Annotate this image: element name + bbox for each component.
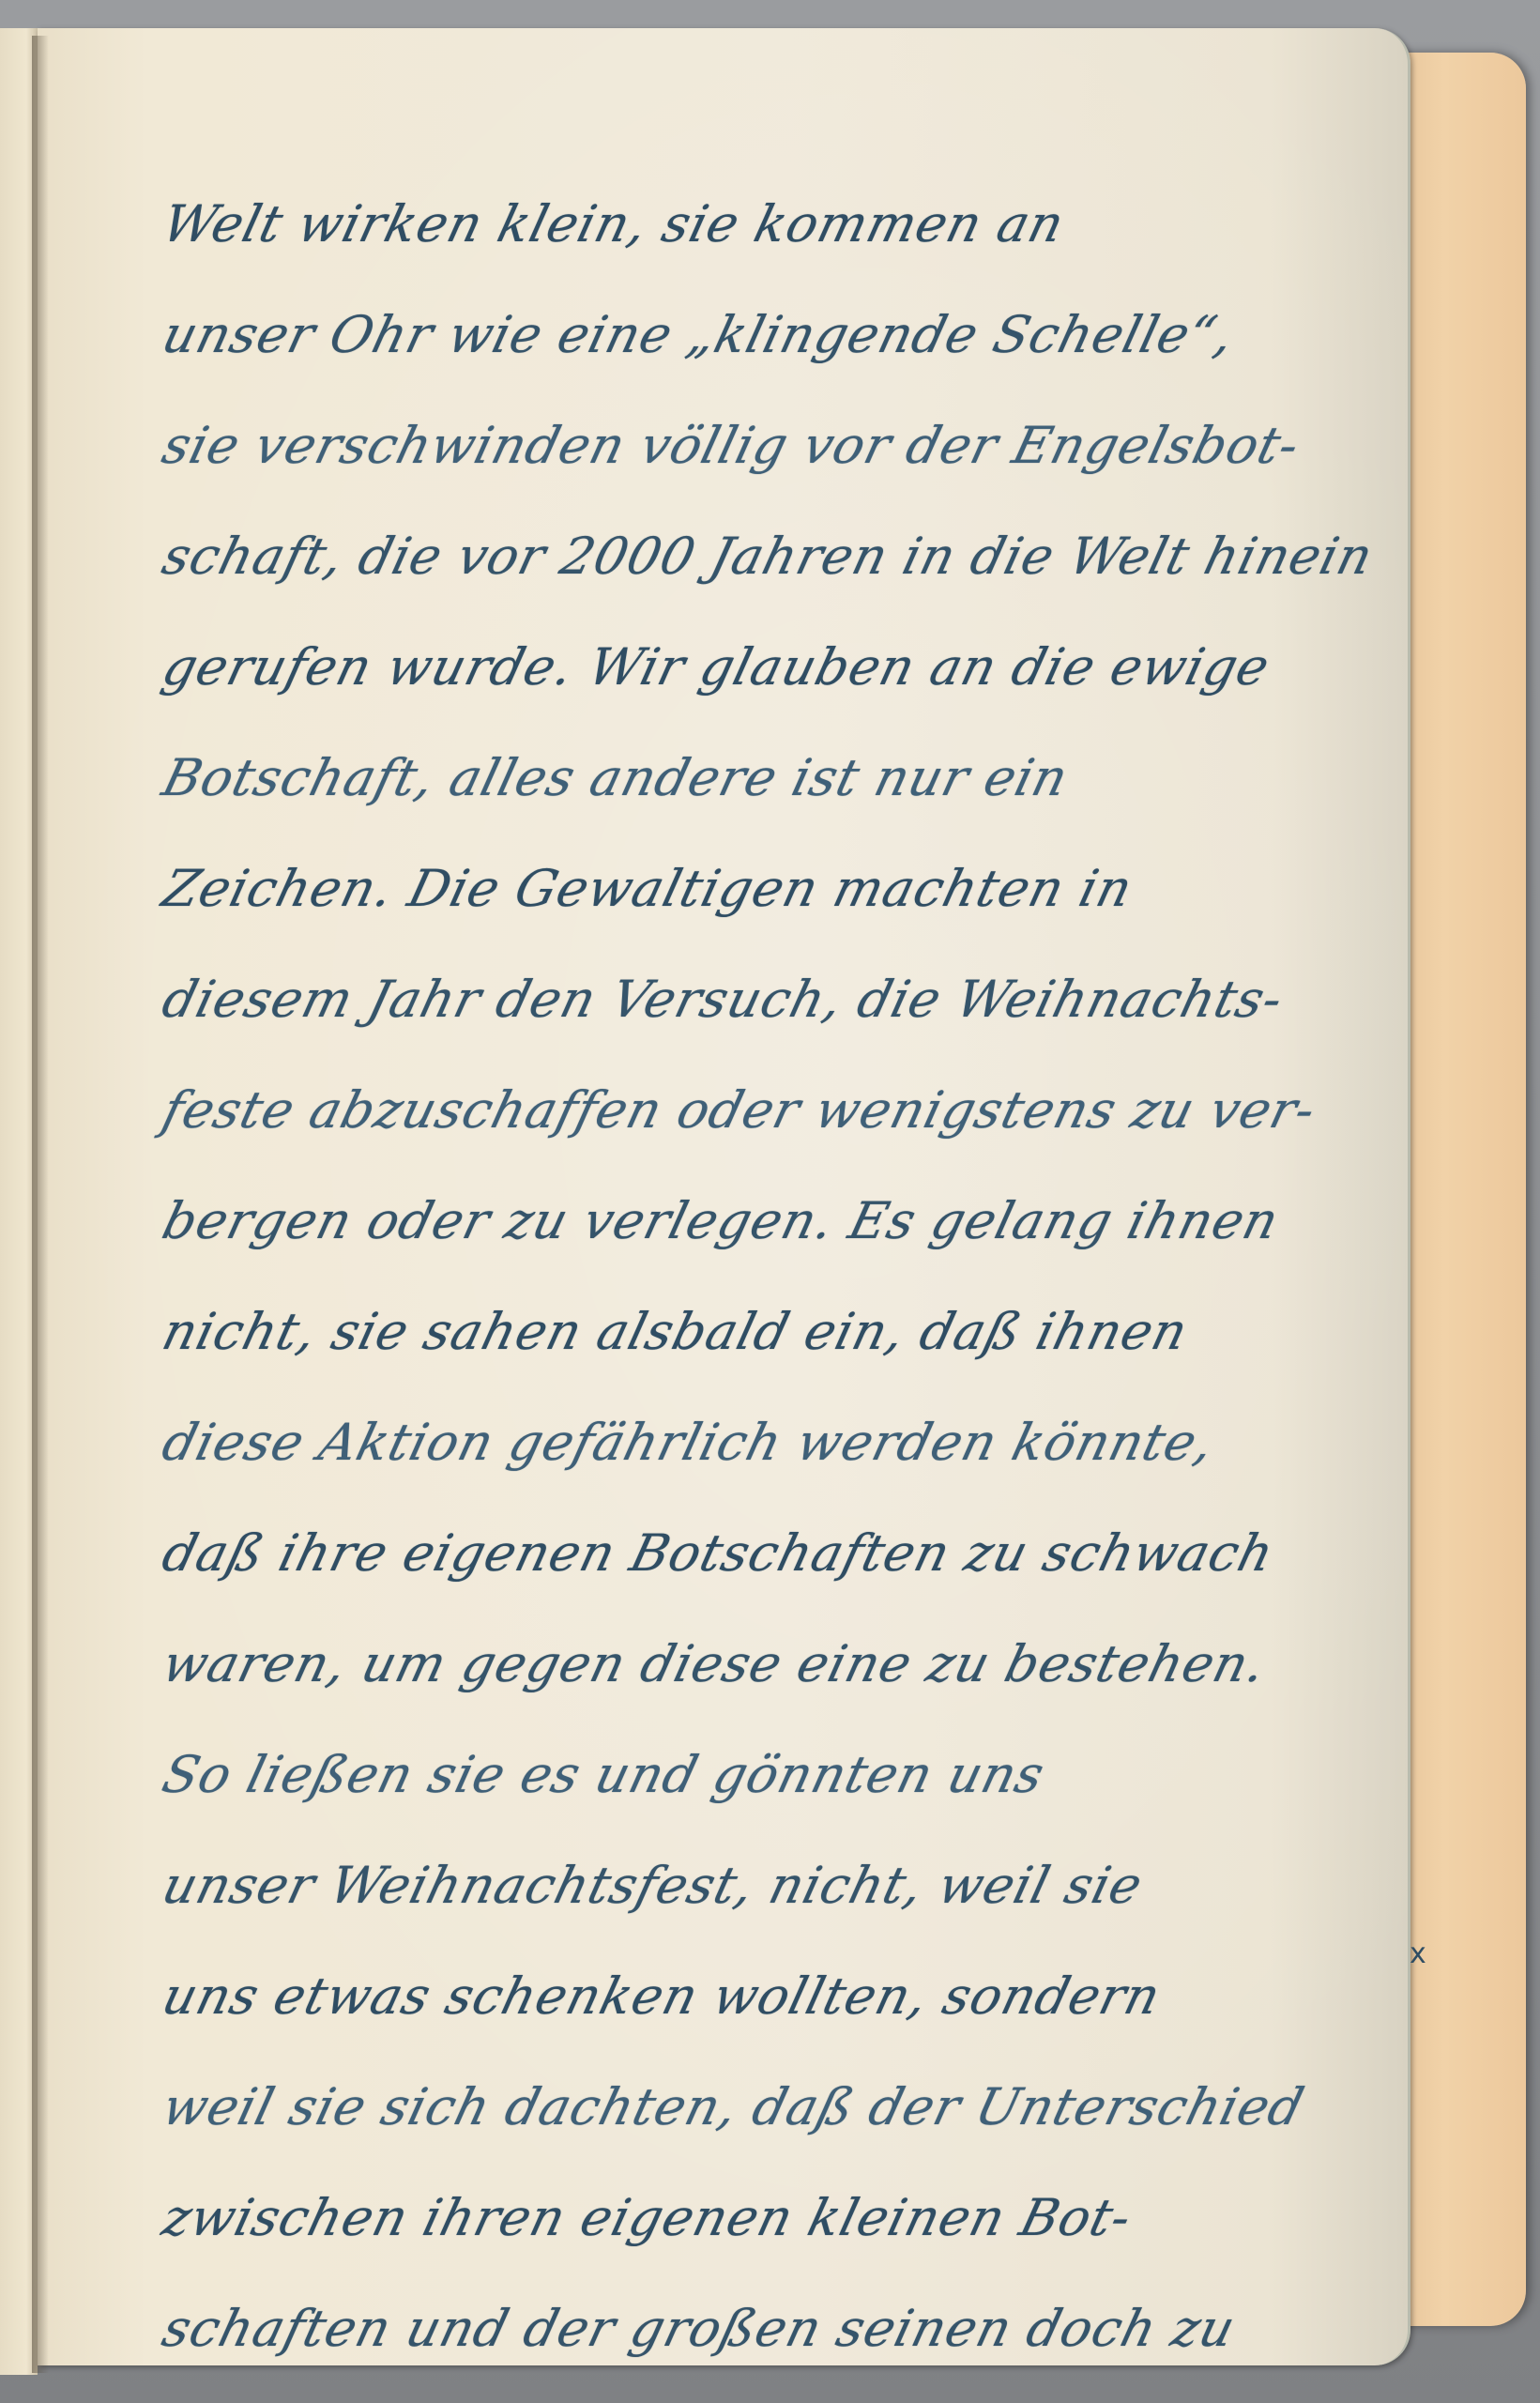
text-line: weil sie sich dachten, daß der Unterschi…: [150, 2052, 1463, 2163]
text-line: daß ihre eigenen Botschaften zu schwach: [150, 1498, 1463, 1609]
text-line: unser Weihnachtsfest, nicht, weil sie: [150, 1830, 1463, 1941]
text-line: uns etwas schenken wollten, sondern: [150, 1941, 1463, 2052]
manuscript-page: Welt wirken klein, sie kommen an unser O…: [38, 28, 1410, 2365]
gutter-shadow: [32, 36, 49, 2373]
margin-insertion-mark: x: [1410, 1937, 1426, 1970]
text-line: Welt wirken klein, sie kommen an: [150, 169, 1463, 280]
text-line: Botschaft, alles andere ist nur ein: [150, 723, 1463, 834]
text-line: unser Ohr wie eine „klingende Schelle“,: [150, 280, 1463, 390]
text-line: feste abzuschaffen oder wenigstens zu ve…: [150, 1055, 1463, 1166]
text-line: nicht, sie sahen alsbald ein, daß ihnen: [150, 1277, 1463, 1387]
text-line: schaft, die vor 2000 Jahren in die Welt …: [150, 501, 1463, 612]
text-line: schaften und der großen seinen doch zu: [150, 2273, 1463, 2384]
text-line: So ließen sie es und gönnten uns: [150, 1720, 1463, 1830]
text-line: Zeichen. Die Gewaltigen machten in: [150, 834, 1463, 944]
handwritten-text-block: Welt wirken klein, sie kommen an unser O…: [150, 169, 1436, 2384]
text-line: sie verschwinden völlig vor der Engelsbo…: [150, 390, 1463, 501]
text-line: zwischen ihren eigenen kleinen Bot-: [150, 2163, 1463, 2273]
text-line: bergen oder zu verlegen. Es gelang ihnen: [150, 1166, 1463, 1277]
text-line: gerufen wurde. Wir glauben an die ewige: [150, 612, 1463, 723]
text-line: diesem Jahr den Versuch, die Weihnachts-: [150, 944, 1463, 1055]
text-line: diese Aktion gefährlich werden könnte,: [150, 1387, 1463, 1498]
text-line: waren, um gegen diese eine zu bestehen.: [150, 1609, 1463, 1720]
